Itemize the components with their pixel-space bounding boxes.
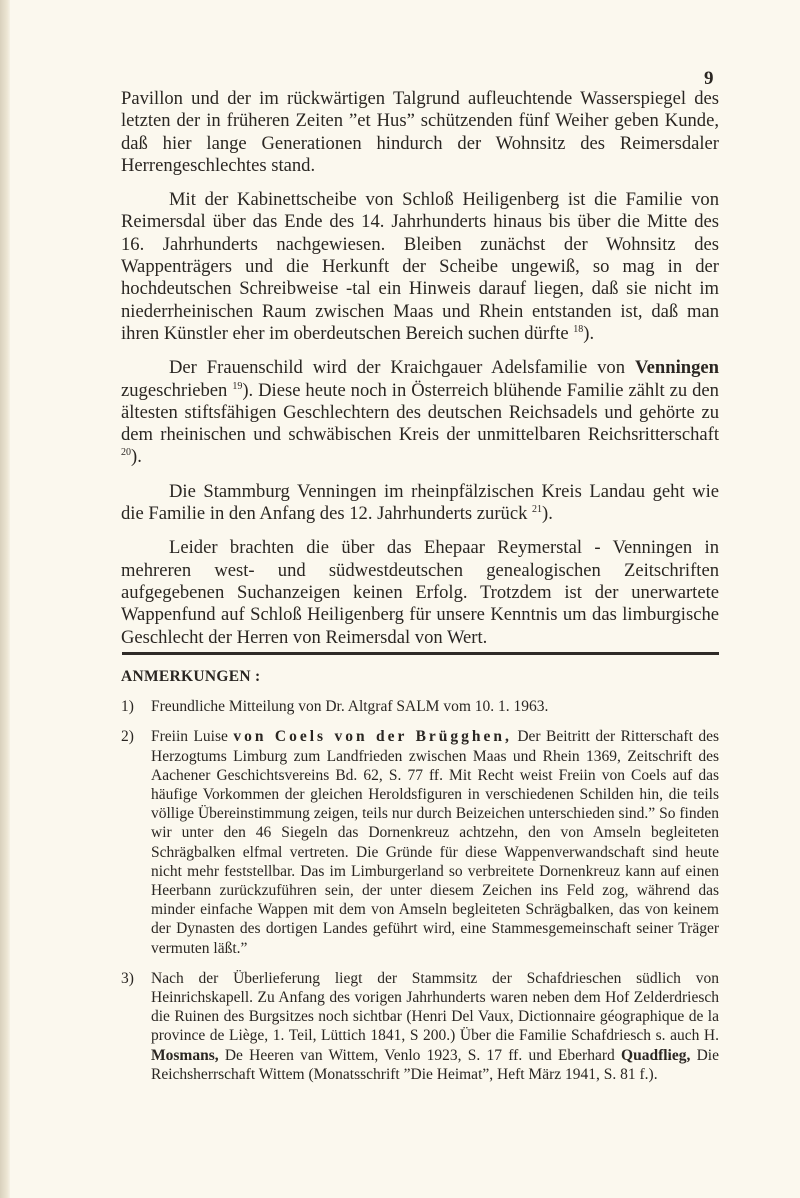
footnote-2: 2) Freiin Luise von Coels von der Brüggh… xyxy=(121,727,719,957)
bold-name-venningen: Venningen xyxy=(635,357,719,378)
footnote-1: 1) Freundliche Mitteilung von Dr. Altgra… xyxy=(121,697,719,716)
notes-heading: ANMERKUNGEN : xyxy=(121,667,719,686)
footnote-number: 3) xyxy=(121,969,151,1084)
notes-divider xyxy=(122,652,719,655)
spaced-author-name: von Coels von der Brügghen, xyxy=(233,728,512,745)
footnote-text: Nach der Überlieferung liegt der Stammsi… xyxy=(151,969,719,1084)
page-number: 9 xyxy=(704,68,714,90)
footnote-3: 3) Nach der Überlieferung liegt der Stam… xyxy=(121,969,719,1084)
footnote-text: Freundliche Mitteilung von Dr. Altgraf S… xyxy=(151,697,719,716)
footnote-ref: 21 xyxy=(532,504,542,515)
footnote-number: 2) xyxy=(121,727,151,957)
paragraph-3: Der Frauenschild wird der Kraichgauer Ad… xyxy=(121,357,719,468)
paragraph-5: Leider brachten die über das Ehepaar Rey… xyxy=(121,537,719,648)
footnotes-section: ANMERKUNGEN : 1) Freundliche Mitteilung … xyxy=(121,667,719,1095)
footnote-ref: 18 xyxy=(573,324,583,335)
footnote-ref: 20 xyxy=(121,447,131,458)
paragraph-2: Mit der Kabinettscheibe von Schloß Heili… xyxy=(121,189,719,345)
footnote-ref: 19 xyxy=(232,381,242,392)
bold-author-mosmans: Mosmans, xyxy=(151,1047,219,1064)
footnote-text: Freiin Luise von Coels von der Brügghen,… xyxy=(151,727,719,957)
page-binding-edge xyxy=(0,0,10,1198)
paragraph-4: Die Stammburg Venningen im rheinpfälzisc… xyxy=(121,481,719,526)
footnote-number: 1) xyxy=(121,697,151,716)
bold-author-quadflieg: Quadflieg, xyxy=(621,1047,690,1064)
main-text: Pavillon und der im rückwärtigen Talgrun… xyxy=(121,88,719,661)
paragraph-1: Pavillon und der im rückwärtigen Talgrun… xyxy=(121,88,719,177)
